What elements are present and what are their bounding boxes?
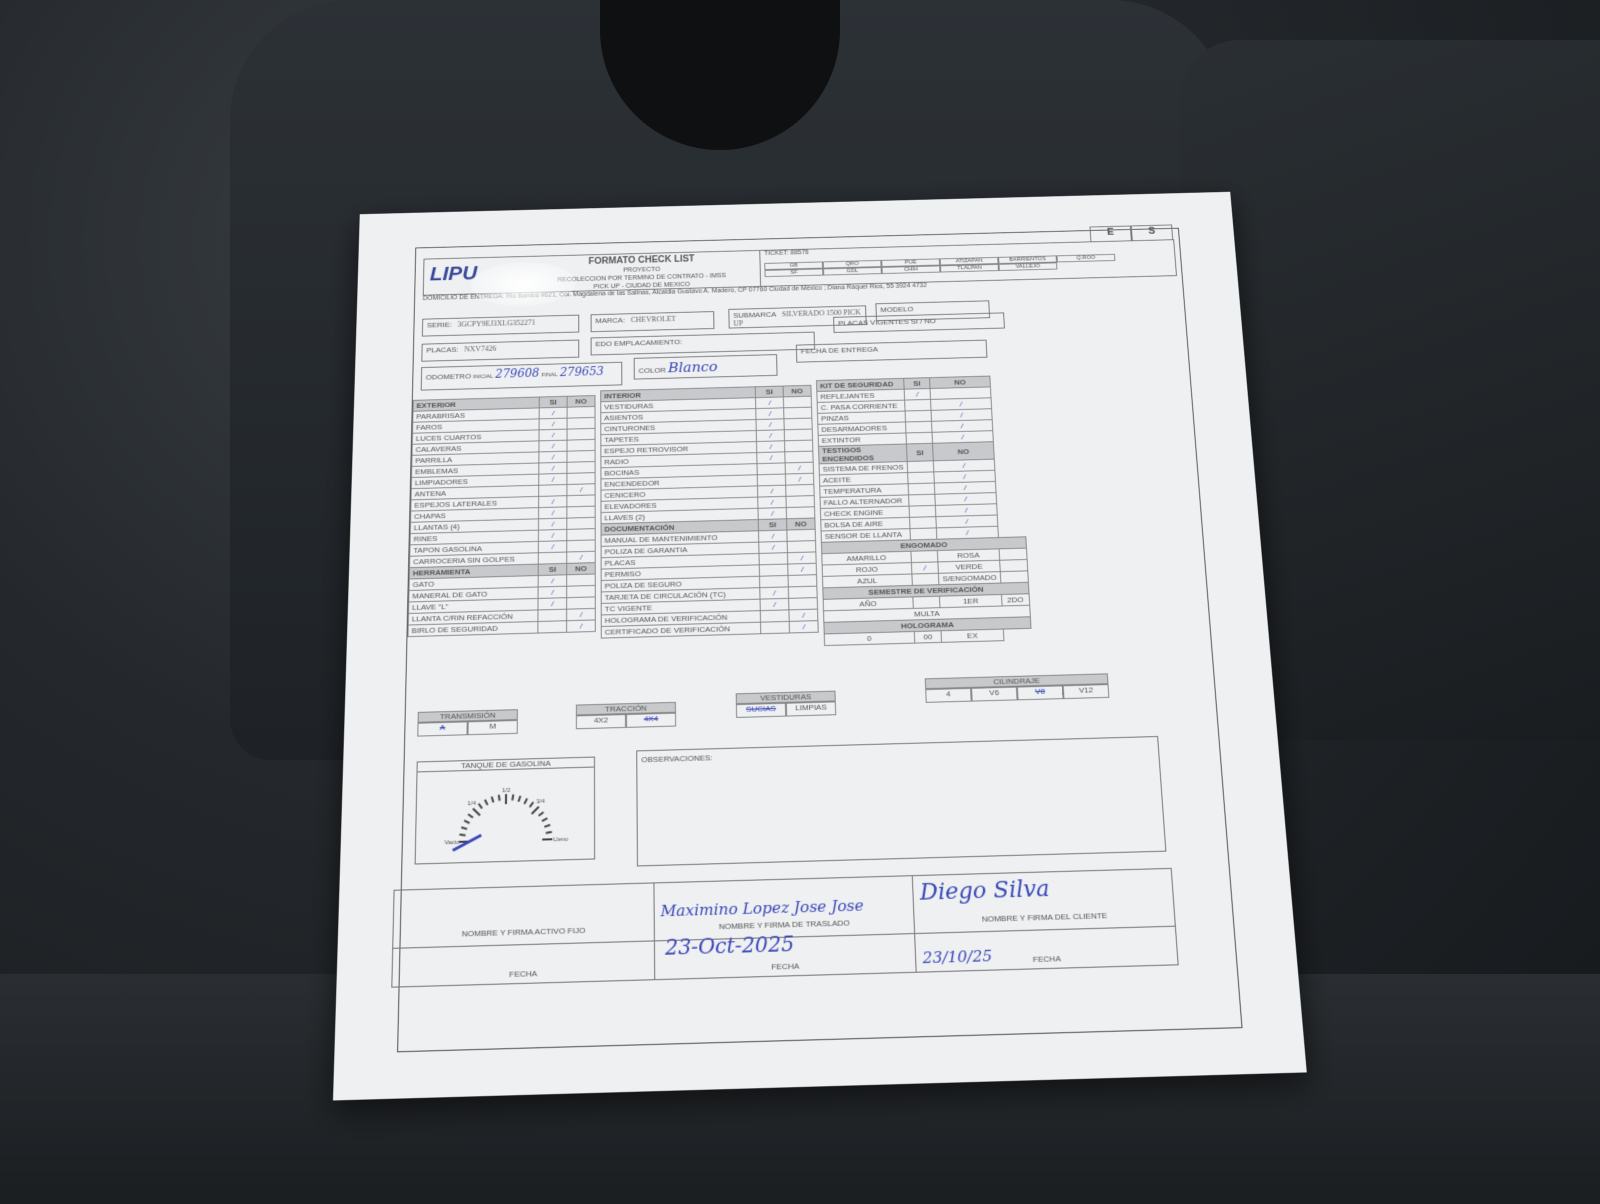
no-checkbox[interactable] [785, 451, 813, 463]
fuel-gauge: TANQUE DE GASOLINA Vacio Lleno 1/2 1/4 3… [415, 757, 596, 865]
si-checkbox[interactable] [756, 408, 784, 420]
si-checkbox[interactable] [538, 586, 567, 598]
no-checkbox[interactable] [786, 507, 815, 519]
semestre-cell[interactable]: 2DO [1001, 594, 1030, 606]
salida-box: S [1131, 224, 1173, 241]
color-value: Blanco [668, 358, 718, 376]
odometro-final: 279653 [560, 365, 604, 379]
no-checkbox[interactable] [567, 608, 596, 620]
si-checkbox[interactable] [539, 429, 567, 441]
svg-text:Vacio: Vacio [444, 840, 459, 847]
color-field: COLOR Blanco [634, 354, 778, 379]
e-s-boxes: E S [1089, 224, 1173, 242]
si-checkbox[interactable] [539, 496, 567, 508]
si-checkbox[interactable] [538, 529, 566, 541]
interior-table: INTERIORSINOVESTIDURASASIENTOSCINTURONES… [600, 385, 818, 639]
svg-text:1/2: 1/2 [502, 788, 510, 795]
marca-field: MARCA:CHEVROLET [591, 311, 715, 332]
holograma-option[interactable]: EX [941, 629, 1003, 642]
option-4x2[interactable]: 4X2 [576, 714, 626, 729]
no-checkbox[interactable] [784, 429, 812, 441]
si-checkbox[interactable] [907, 461, 934, 473]
option-4x4[interactable]: 4X4 [626, 713, 676, 728]
si-checkbox[interactable] [539, 473, 567, 485]
no-checkbox[interactable] [567, 585, 596, 597]
activo-fijo-signature: NOMBRE Y FIRMA ACTIVO FIJOFECHA [392, 883, 655, 986]
si-checkbox[interactable] [906, 432, 933, 444]
no-checkbox[interactable] [567, 597, 596, 609]
option-sucias[interactable]: SUCIAS [736, 703, 786, 718]
si-checkbox[interactable] [538, 518, 566, 530]
si-checkbox[interactable] [907, 472, 934, 484]
si-checkbox[interactable] [756, 419, 784, 431]
no-checkbox[interactable] [785, 440, 813, 452]
edo-emplacamiento-field: EDO EMPLACAMIENTO: [591, 332, 815, 356]
serie-field: SERIE:3GCPY9EJ3XLG352271 [422, 315, 579, 337]
si-checkbox[interactable] [761, 621, 790, 633]
site-cell: TLALPAN [940, 264, 999, 273]
si-checkbox[interactable] [758, 496, 787, 508]
si-checkbox[interactable] [909, 517, 937, 529]
no-checkbox[interactable] [788, 563, 817, 575]
site-cell: VALLEJO [999, 262, 1058, 271]
si-checkbox[interactable] [904, 399, 931, 411]
entrada-box: E [1089, 226, 1131, 243]
engomado-checkbox[interactable] [911, 573, 939, 585]
no-checkbox[interactable] [567, 406, 595, 418]
si-checkbox[interactable] [539, 407, 567, 419]
no-checkbox[interactable] [567, 484, 595, 496]
exterior-table: EXTERIORSINOPARABRISASFAROSLUCES CUARTOS… [407, 395, 595, 637]
si-checkbox[interactable] [908, 483, 935, 495]
transmision-box: TRANSMISIÓNAM [417, 709, 518, 736]
engomado-checkbox[interactable] [911, 562, 939, 574]
no-checkbox[interactable] [567, 540, 595, 552]
odometro-field: ODOMETRO INICIAL 279608 FINAL 279653 [421, 362, 623, 391]
serie-value: 3GCPY9EJ3XLG352271 [458, 318, 536, 328]
si-checkbox[interactable] [760, 610, 789, 622]
engomado-checkbox[interactable] [999, 548, 1028, 560]
si-checkbox[interactable] [539, 507, 567, 519]
engomado-checkbox[interactable] [1000, 571, 1029, 583]
checklist-form: LIPU FORMATO CHECK LIST PROYECTO RECOLEC… [397, 228, 1243, 1053]
placas-vigentes-field: PLACAS VIGENTES SI / NO [833, 312, 1005, 333]
no-checkbox[interactable] [784, 418, 812, 430]
si-checkbox[interactable] [760, 598, 789, 610]
si-checkbox[interactable] [757, 463, 785, 475]
semestre-cell[interactable] [912, 596, 940, 608]
cilindraje-box: CILINDRAJE4V6V8V12 [925, 673, 1110, 703]
no-checkbox[interactable] [567, 506, 595, 518]
no-checkbox[interactable] [567, 473, 595, 485]
no-checkbox[interactable] [567, 450, 595, 462]
odometro-inicial: 279608 [495, 367, 539, 381]
no-checkbox[interactable] [783, 396, 811, 408]
option-m[interactable]: M [467, 720, 517, 735]
si-checkbox[interactable] [905, 421, 932, 433]
no-checkbox[interactable] [786, 484, 815, 496]
option-4[interactable]: 4 [925, 688, 972, 703]
site-cell: CHIH [882, 265, 941, 274]
no-checkbox[interactable] [787, 552, 816, 564]
si-checkbox[interactable] [908, 494, 936, 506]
no-checkbox[interactable] [567, 574, 596, 586]
si-checkbox[interactable] [757, 452, 785, 464]
no-checkbox[interactable] [567, 417, 595, 429]
no-checkbox[interactable] [787, 541, 816, 553]
option-v6[interactable]: V6 [971, 687, 1018, 702]
si-checkbox[interactable] [759, 541, 788, 553]
no-checkbox[interactable] [785, 473, 813, 485]
kit-seguridad-table: KIT DE SEGURIDADSINOREFLEJANTESC. PASA C… [816, 375, 1032, 646]
si-checkbox[interactable] [539, 462, 567, 474]
si-checkbox[interactable] [904, 388, 931, 400]
svg-text:3/4: 3/4 [536, 799, 545, 806]
si-checkbox[interactable] [538, 598, 567, 610]
placas-value: NXV7426 [464, 344, 496, 353]
site-cell: GDL [823, 267, 882, 276]
si-checkbox[interactable] [539, 418, 567, 430]
no-checkbox[interactable] [788, 586, 817, 598]
si-checkbox[interactable] [759, 553, 788, 565]
no-checkbox[interactable] [787, 529, 816, 541]
no-checkbox[interactable] [786, 496, 815, 508]
engomado-checkbox[interactable] [911, 551, 939, 563]
si-checkbox[interactable] [759, 564, 788, 576]
si-checkbox[interactable] [760, 575, 789, 587]
no-checkbox[interactable] [788, 575, 817, 587]
placas-field: PLACAS:NXV7426 [421, 340, 579, 362]
vestiduras-box: VESTIDURASSUCIASLIMPIAS [736, 691, 837, 718]
si-checkbox[interactable] [539, 451, 567, 463]
no-checkbox[interactable] [789, 598, 818, 610]
svg-text:1/4: 1/4 [467, 801, 476, 808]
no-checkbox[interactable] [567, 620, 596, 632]
engomado-checkbox[interactable] [999, 559, 1028, 571]
si-checkbox[interactable] [756, 441, 784, 453]
option-v8[interactable]: V8 [1017, 685, 1064, 700]
si-checkbox[interactable] [910, 528, 938, 540]
si-checkbox[interactable] [538, 575, 567, 587]
no-checkbox[interactable] [567, 551, 595, 563]
si-checkbox[interactable] [757, 485, 785, 497]
si-checkbox[interactable] [760, 587, 789, 599]
no-checkbox[interactable] [784, 407, 812, 419]
no-checkbox[interactable] [567, 495, 595, 507]
si-checkbox[interactable] [538, 621, 567, 633]
holograma-option[interactable]: 0 [824, 632, 914, 646]
no-checkbox[interactable] [567, 461, 595, 473]
si-checkbox[interactable] [756, 430, 784, 442]
option-a[interactable]: A [417, 721, 467, 736]
traslado-signature: Maximino Lopez Jose JoseNOMBRE Y FIRMA D… [654, 876, 917, 979]
no-checkbox[interactable] [789, 609, 818, 621]
marca-value: CHEVROLET [631, 315, 676, 324]
no-checkbox[interactable] [567, 428, 595, 440]
si-checkbox[interactable] [905, 410, 932, 422]
si-checkbox[interactable] [758, 530, 787, 542]
si-checkbox[interactable] [757, 474, 785, 486]
si-checkbox[interactable] [539, 484, 567, 496]
si-checkbox[interactable] [756, 397, 784, 409]
si-checkbox[interactable] [539, 440, 567, 452]
fuel-gauge-dial-icon: Vacio Lleno 1/2 1/4 3/4 [416, 768, 594, 854]
holograma-option[interactable]: 00 [914, 631, 942, 643]
option-limpias[interactable]: LIMPIAS [786, 701, 836, 716]
no-checkbox[interactable] [567, 529, 595, 541]
si-checkbox[interactable] [538, 541, 566, 553]
si-checkbox[interactable] [538, 609, 567, 621]
si-checkbox[interactable] [758, 508, 787, 520]
fecha-entrega-field: FECHA DE ENTREGA [796, 340, 988, 363]
no-checkbox[interactable] [785, 462, 813, 474]
si-checkbox[interactable] [909, 505, 937, 517]
si-checkbox[interactable] [538, 552, 567, 564]
observaciones-box[interactable]: OBSERVACIONES: [636, 736, 1166, 866]
option-v12[interactable]: V12 [1063, 684, 1110, 699]
cliente-signature: Diego SilvaNOMBRE Y FIRMA DEL CLIENTE23/… [913, 869, 1177, 972]
no-checkbox[interactable] [789, 621, 818, 633]
signature-block: NOMBRE Y FIRMA ACTIVO FIJOFECHA Maximino… [391, 868, 1178, 988]
no-checkbox[interactable] [567, 439, 595, 451]
item-label: BIRLO DE SEGURIDAD [408, 621, 538, 636]
no-checkbox[interactable] [567, 517, 595, 529]
checklist-paper: LIPU FORMATO CHECK LIST PROYECTO RECOLEC… [333, 192, 1307, 1101]
site-cell: Q.ROO [1057, 254, 1116, 263]
svg-text:Lleno: Lleno [553, 837, 568, 844]
traccion-box: TRACCIÓN4X24X4 [576, 702, 676, 729]
